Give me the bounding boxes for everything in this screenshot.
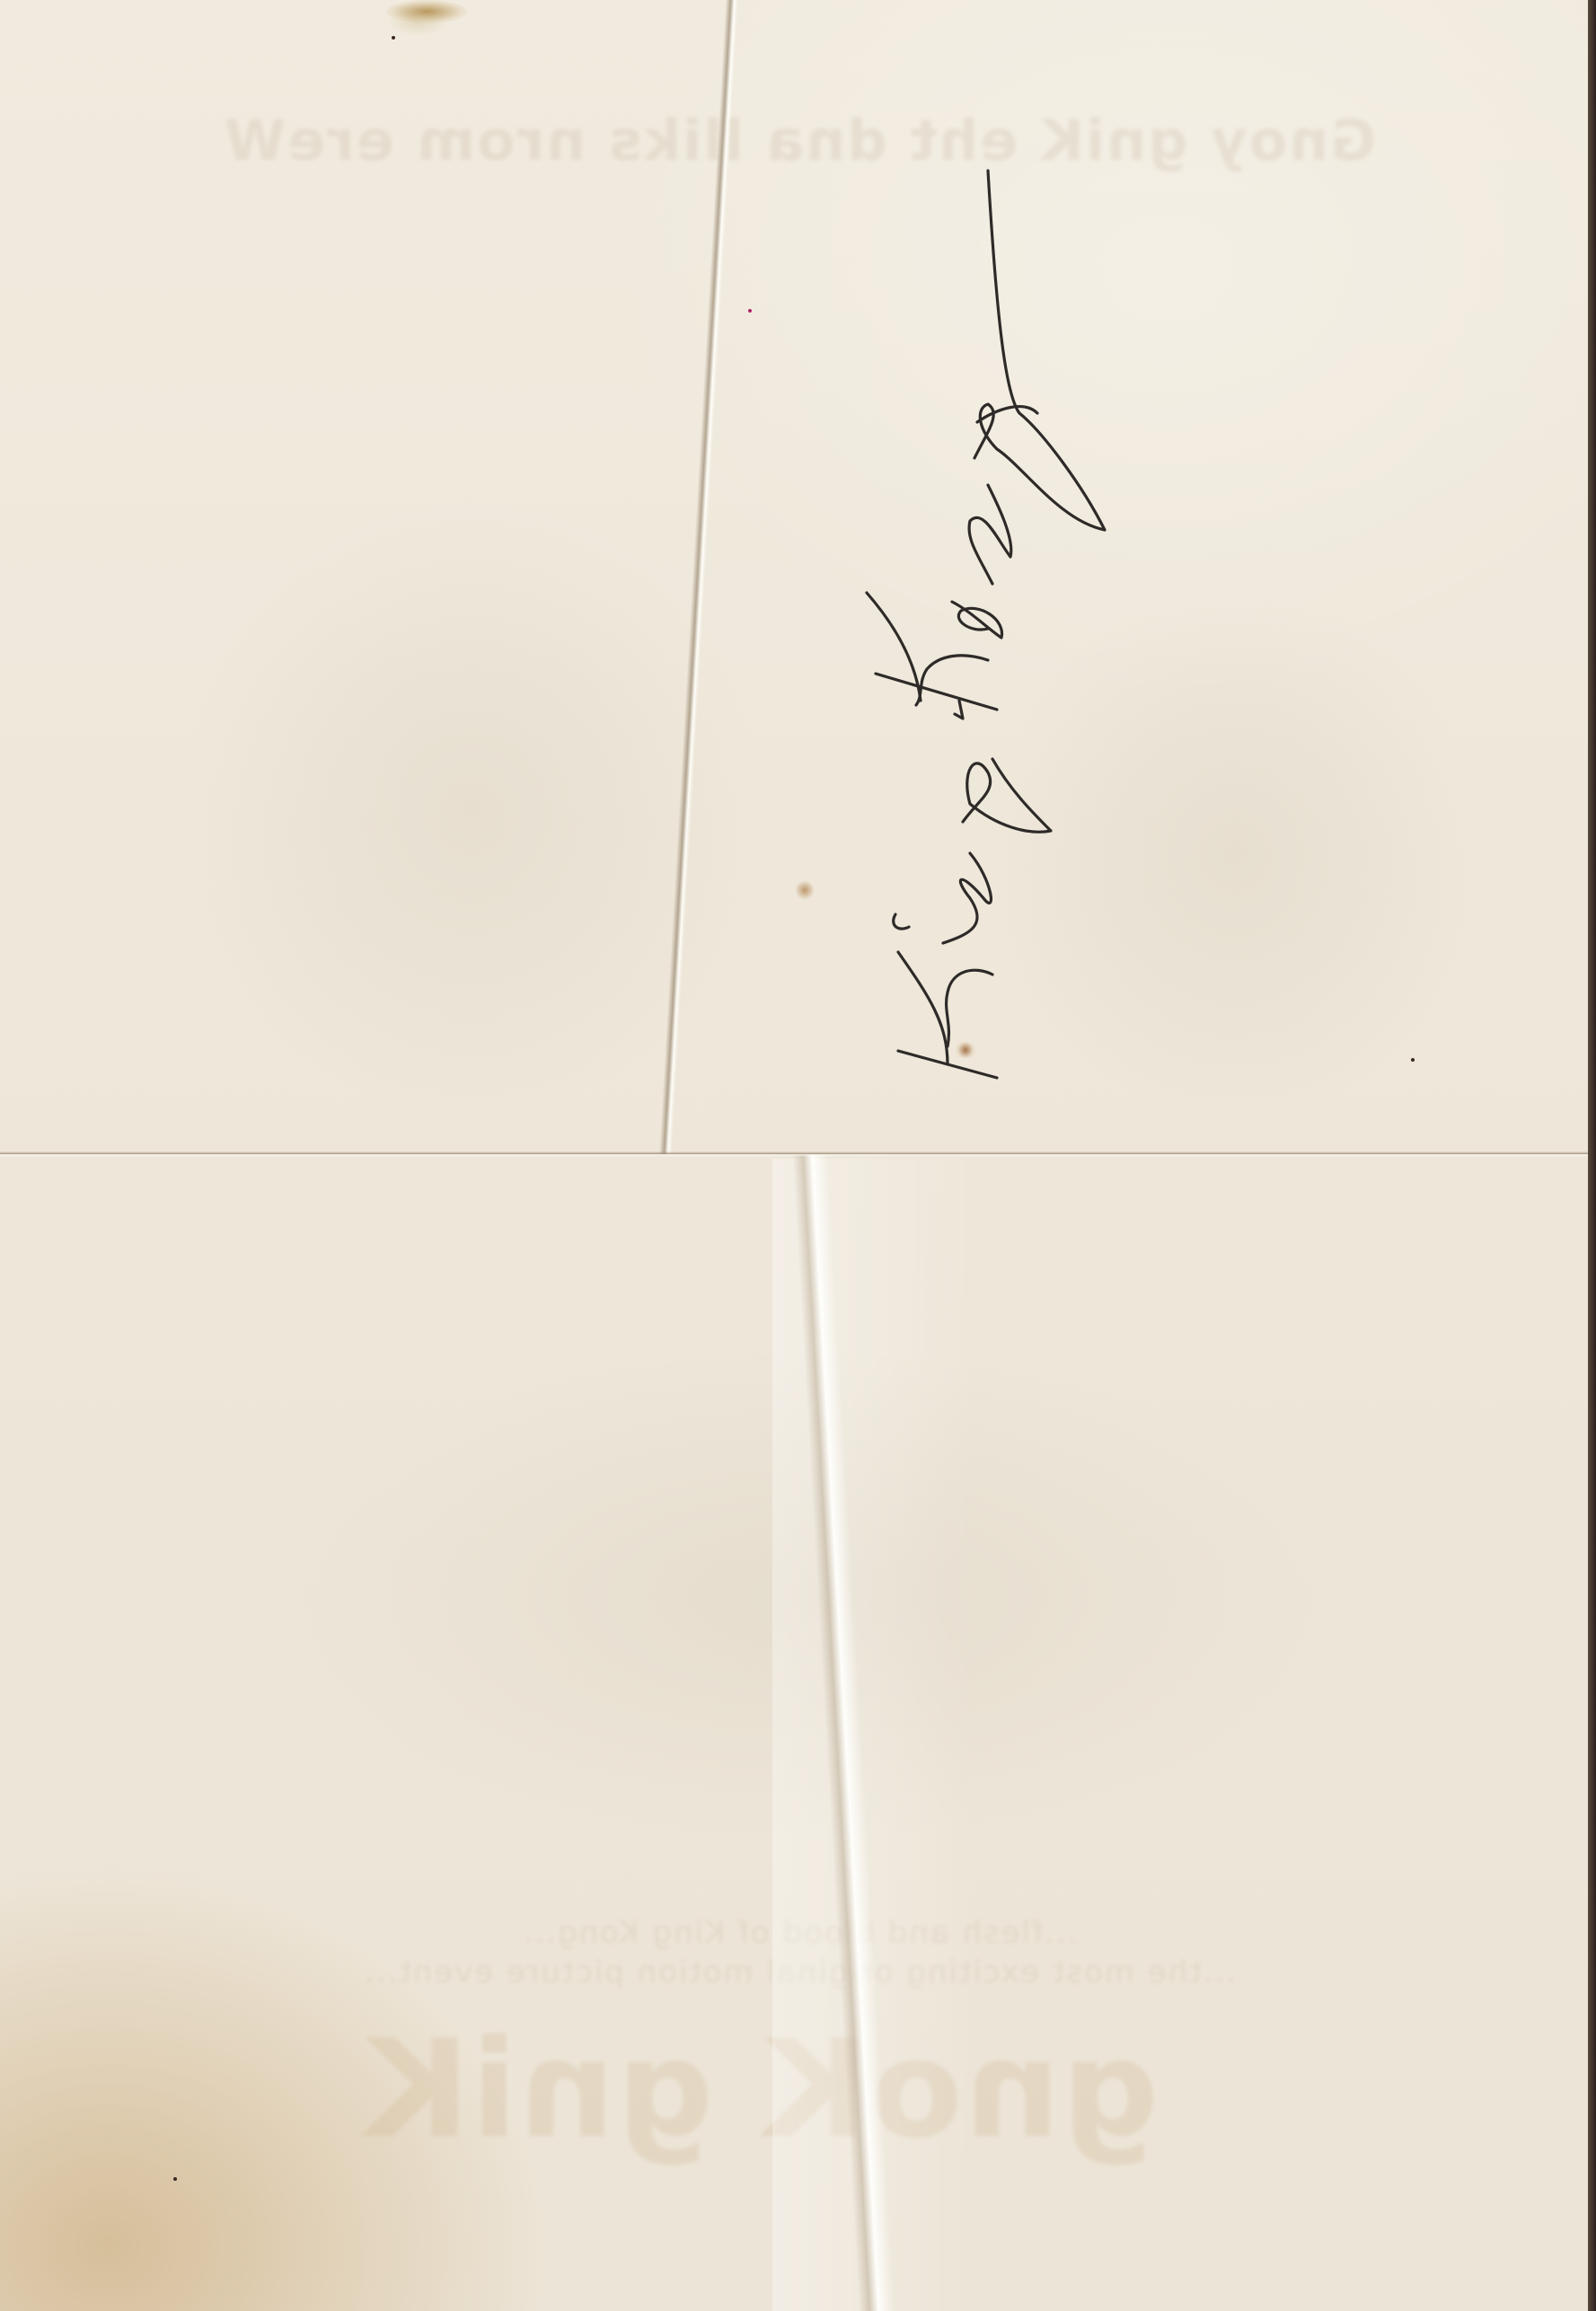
stain-top-halo [386,9,449,36]
speck [1411,1058,1415,1062]
speck [392,36,395,40]
background-edge [1588,0,1596,2311]
stain-fold [795,880,815,900]
handwritten-title: King - Kong [862,162,1132,1060]
handwriting-strokes [862,162,1132,1060]
show-through-headline: Gnoy gniK eht dna lliks nrom ereW [99,108,1500,173]
light-panel [772,1159,1588,2311]
speck [173,2177,177,2181]
speck-pink [748,309,752,313]
horizontal-fold [0,1151,1588,1157]
poster-sheet: Gnoy gniK eht dna lliks nrom ereW ...fle… [0,0,1588,2311]
